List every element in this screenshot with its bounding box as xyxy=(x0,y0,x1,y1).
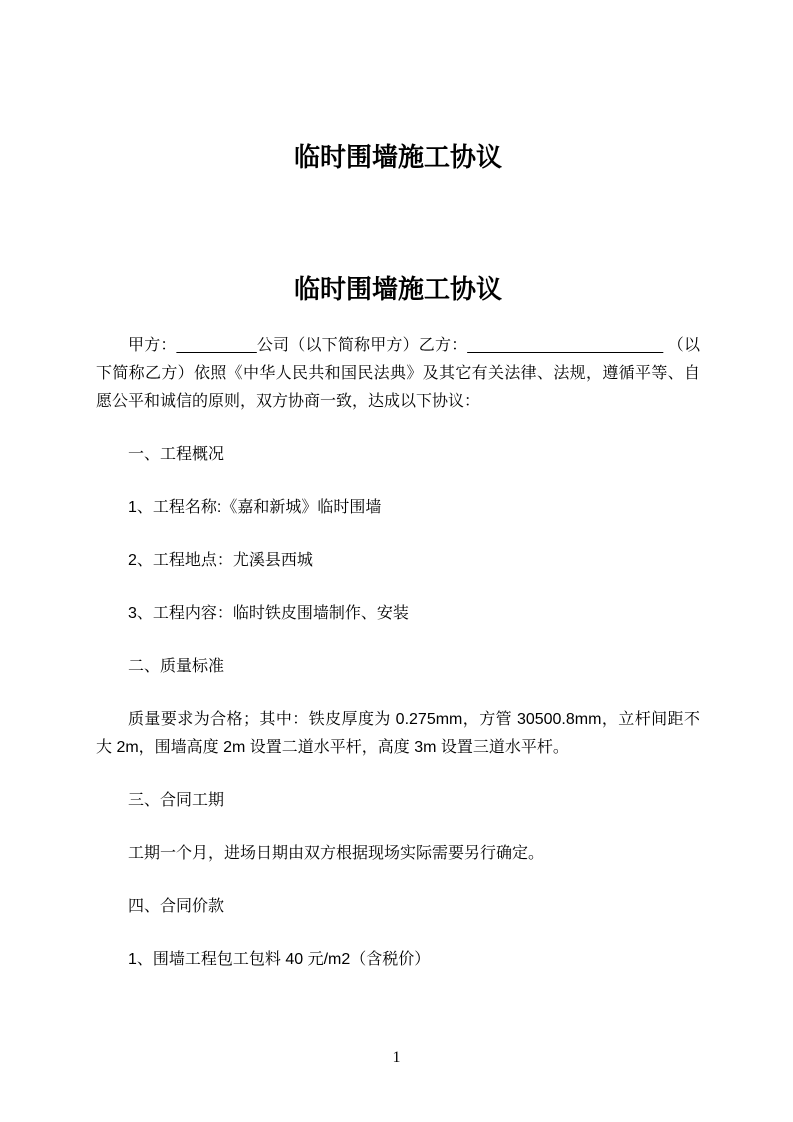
section-1-item-project-name: 1、工程名称:《嘉和新城》临时围墙 xyxy=(96,494,700,522)
page-number: 1 xyxy=(0,1048,793,1068)
document-header-title: 临时围墙施工协议 xyxy=(96,141,700,173)
intro-paragraph: 甲方：_________公司（以下简称甲方）乙方：_______________… xyxy=(96,332,700,416)
section-1-item-project-location: 2、工程地点：尤溪县西城 xyxy=(96,547,700,575)
section-2-quality-requirements: 质量要求为合格；其中：铁皮厚度为 0.275mm，方管 30500.8mm，立杆… xyxy=(96,706,700,762)
section-2-heading: 二、质量标准 xyxy=(96,653,700,681)
section-4-price: 1、围墙工程包工包料 40 元/m2（含税价） xyxy=(96,946,700,974)
section-1-item-project-scope: 3、工程内容：临时铁皮围墙制作、安装 xyxy=(96,600,700,628)
section-4-heading: 四、合同价款 xyxy=(96,893,700,921)
section-3-duration: 工期一个月，进场日期由双方根据现场实际需要另行确定。 xyxy=(96,840,700,868)
section-1-heading: 一、工程概况 xyxy=(96,441,700,469)
document-content: 临时围墙施工协议 临时围墙施工协议 甲方：_________公司（以下简称甲方）… xyxy=(96,141,700,999)
section-3-heading: 三、合同工期 xyxy=(96,787,700,815)
document-title: 临时围墙施工协议 xyxy=(96,273,700,305)
document-page: 临时围墙施工协议 临时围墙施工协议 甲方：_________公司（以下简称甲方）… xyxy=(0,0,793,1122)
